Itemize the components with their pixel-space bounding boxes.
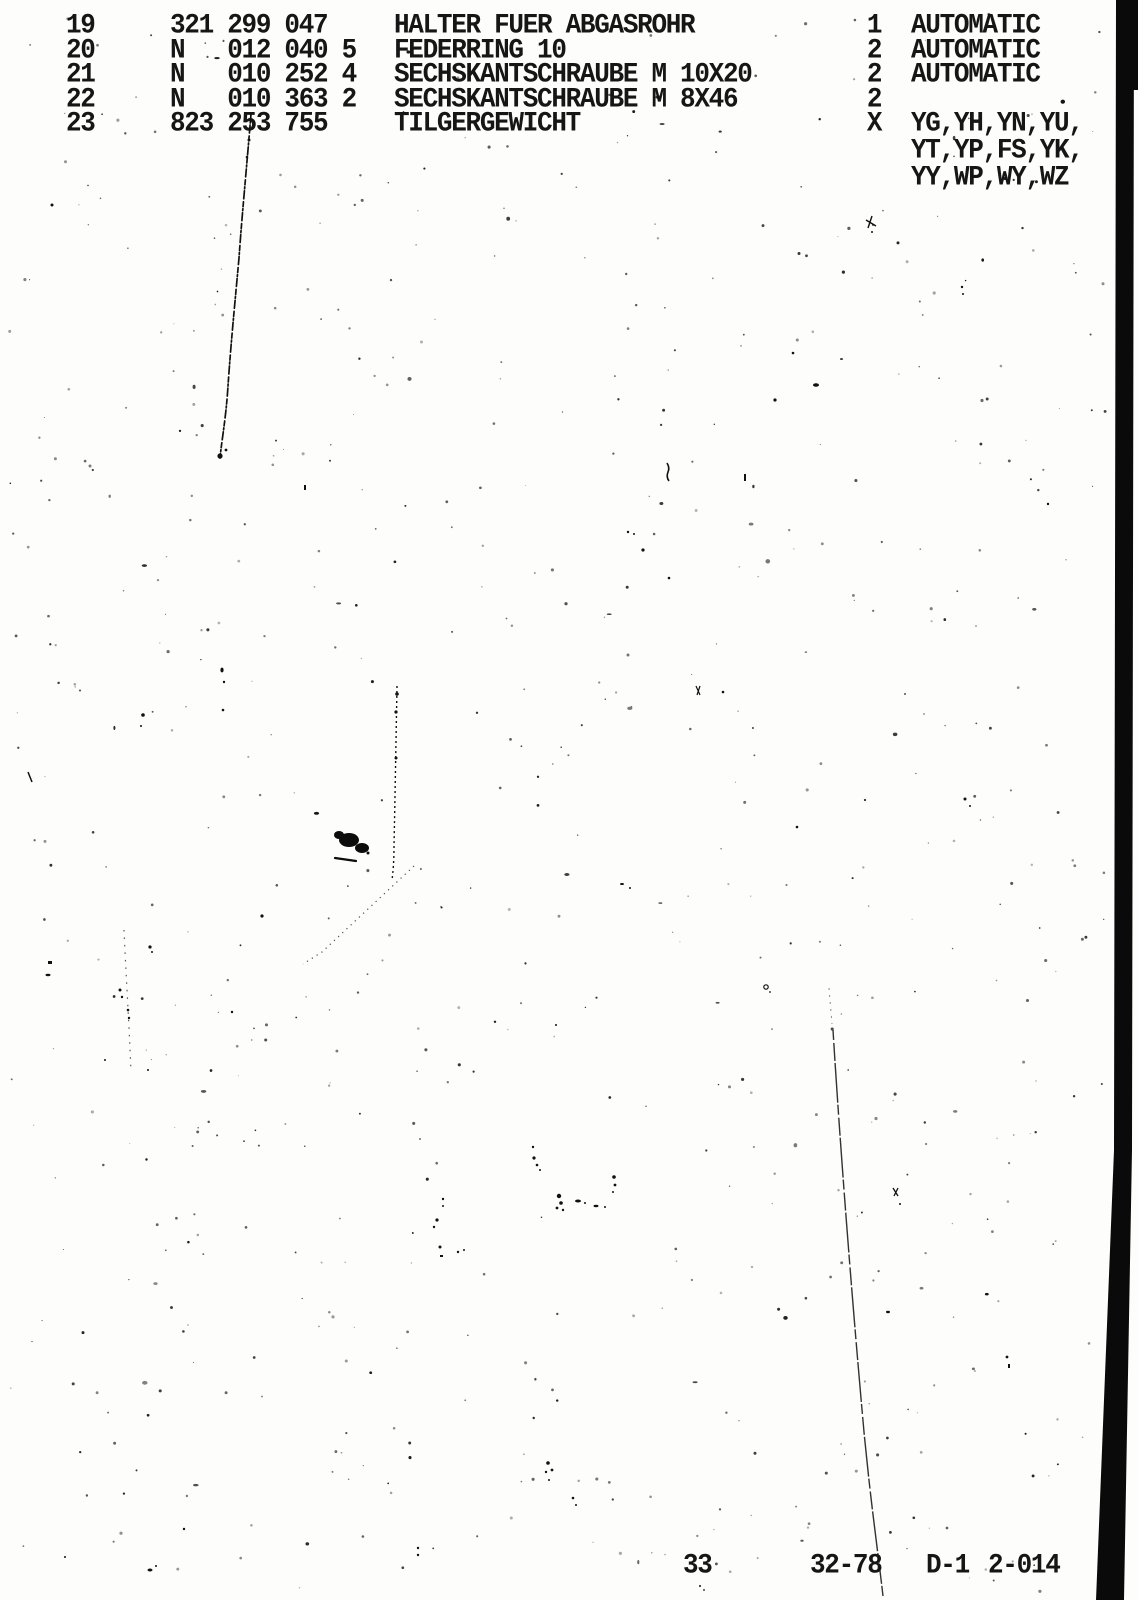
row-remark: YG,YH,YN,YU,: [911, 110, 1083, 136]
row-part-number: 823 253 755: [170, 110, 327, 136]
table-row: 23823 253 755TILGERGEWICHTXYG,YH,YN,YU,: [0, 110, 1138, 136]
row-remark: AUTOMATIC: [911, 61, 1040, 87]
random-speck-field: [8, 13, 1106, 1593]
row-quantity: X: [862, 110, 886, 136]
medium-specks: [28, 204, 1049, 1591]
row-item-number: 23: [66, 110, 95, 136]
dotted-diagonal: [303, 866, 414, 964]
row-remark: YT,YP,FS,YK,: [911, 137, 1083, 163]
dotted-thread-mid: [392, 686, 397, 880]
ink-blob: [334, 831, 370, 861]
dotted-trail-left: [124, 930, 131, 1072]
footer-page-number: 33: [683, 1552, 712, 1578]
footer-sheet-code: 2-014: [988, 1552, 1060, 1578]
footer-issue-code: 32-78: [810, 1552, 882, 1578]
scratch-long-bottom-right: [833, 1030, 883, 1596]
footer-section-code: D-1: [926, 1552, 969, 1578]
table-row: YY,WP,WY,WZ: [0, 164, 1138, 190]
scan-edge-band: [1096, 0, 1134, 1600]
scan-noise-artifacts: [0, 0, 1138, 1600]
scanned-parts-catalog-page: 19321 299 047HALTER FUER ABGASROHR1AUTOM…: [0, 0, 1138, 1600]
table-row: YT,YP,FS,YK,: [0, 137, 1138, 163]
row-remark: YY,WP,WY,WZ: [911, 164, 1068, 190]
row-description: TILGERGEWICHT: [394, 110, 580, 136]
